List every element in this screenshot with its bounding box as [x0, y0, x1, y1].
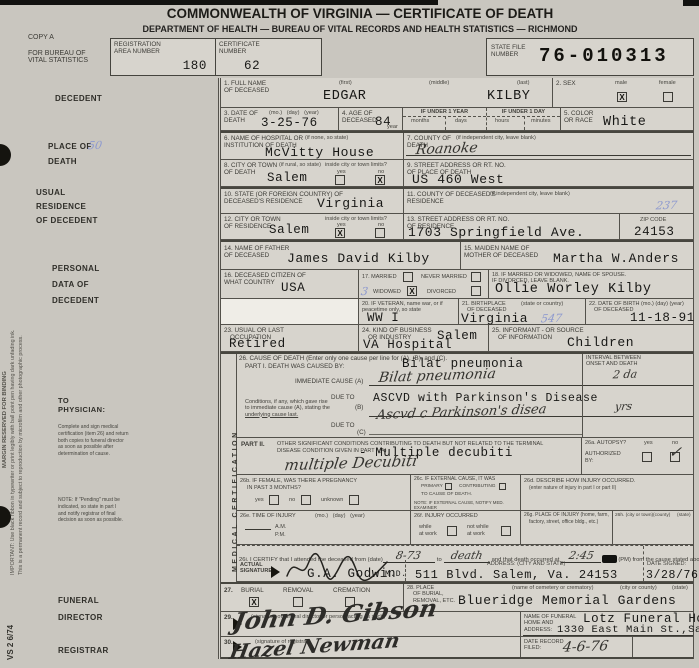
funeral-sig-num: 29.: [224, 614, 233, 621]
section-usual-residence: USUAL RESIDENCE OF DECEDENT: [36, 188, 98, 225]
copy-label: COPY A: [28, 34, 54, 41]
margin-note-2: This is a permanent record and subject t…: [18, 335, 24, 575]
not-while-label: not while: [467, 524, 489, 530]
pending-note: NOTE: If "Pending" must be indicated, so…: [58, 497, 124, 524]
field-date-filed: DATE RECORD FILED: 4-6-76: [521, 637, 633, 657]
widowed-label: WIDOWED: [373, 289, 401, 295]
birthplace-note: 547: [540, 312, 563, 326]
under-day-hours: hours: [495, 118, 509, 124]
county-res-note: 237: [655, 199, 678, 213]
full-name-label: 1. FULL NAME: [224, 80, 269, 87]
physician-note: Complete and sign medical certification …: [58, 424, 130, 458]
section-place-of-death: PLACE OF DEATH: [48, 142, 92, 166]
field-county-of-death: 7. COUNTY OF DEATH (if independent city,…: [404, 133, 693, 159]
field-external-cause: 26c. IF EXTERNAL CAUSE, IT WAS PRIMARY C…: [411, 475, 521, 510]
field-place-of-injury: 26g. PLACE OF INJURY (home, farm, factor…: [521, 511, 613, 544]
not-while-label2: at work: [467, 531, 485, 537]
county-res-hint: (if independent city, leave blank): [490, 191, 570, 197]
medical-certification-strip: MEDICAL CERTIFICATION: [221, 354, 237, 582]
field-place-of-burial: 28. PLACE OF BURIAL, REMOVAL, ETC. (name…: [404, 584, 693, 611]
birthplace-value: Virginia: [461, 311, 528, 326]
field-father: 14. NAME OF FATHER OF DECEASED James Dav…: [221, 242, 461, 269]
injury-city-label: 26h. (city or town): [615, 513, 653, 519]
part2-handwritten: multiple Decubiti: [283, 452, 418, 475]
sex-female-label: female: [659, 80, 676, 86]
external-note: NOTE: IF EXTERNAL CAUSE, NOTIFY MED. EXA…: [414, 500, 520, 510]
field-business: 24. KIND OF BUSINESS OR INDUSTRY VA Hosp…: [359, 325, 489, 351]
document-subtitle: DEPARTMENT OF HEALTH — BUREAU OF VITAL R…: [110, 24, 610, 34]
conditions-line3: underlying cause last.: [245, 412, 330, 418]
city-res-value: Salem: [269, 223, 310, 237]
time-injury-am: A.M.: [275, 524, 286, 530]
field-color-race: 5. COLOR OR RACE White: [561, 108, 693, 130]
pregnancy-unknown-label: unknown: [321, 497, 343, 503]
sex-male-mark: X: [618, 93, 626, 102]
spouse-value: Ollie Worley Kilby: [495, 282, 652, 297]
veteran-value: WW I: [367, 311, 399, 325]
under-year-months: months: [411, 118, 429, 124]
cause-a-label: (A): [355, 378, 363, 385]
interval-column: INTERVAL BETWEEN ONSET AND DEATH 2 da yr…: [582, 354, 693, 437]
full-name-label2: OF DECEASED: [224, 87, 269, 94]
interval-b-value: yrs: [614, 400, 633, 414]
field-county-residence: 11. COUNTY OF DECEASED'S RESIDENCE (if i…: [404, 189, 693, 213]
state-res-value: Virginia: [317, 196, 384, 211]
field-blank-whiteout: [221, 299, 359, 324]
divorced-checkbox: [471, 286, 481, 296]
zip-label: ZIP CODE: [640, 217, 666, 223]
sex-male-label: male: [615, 80, 627, 86]
certify-time: 2:45: [568, 549, 595, 562]
street-res-value: 1703 Springfield Ave.: [408, 225, 584, 240]
birthplace-hint: (state or country): [521, 301, 563, 307]
section-decedent: DECEDENT: [55, 94, 102, 103]
date-death-label2: DEATH: [224, 117, 258, 124]
external-contributing-checkbox: [499, 483, 506, 490]
first-name-value: EDGAR: [323, 89, 367, 104]
street-death-value: US 460 West: [412, 172, 504, 187]
field-if-under-1-day: IF UNDER 1 DAY hours minutes: [487, 108, 561, 130]
field-funeral-home: NAME OF FUNERAL HOME AND ADDRESS: Lotz F…: [521, 612, 693, 636]
injury-state-label: (state): [677, 513, 691, 518]
not-while-at-work-checkbox: [501, 526, 511, 536]
pregnancy-label2: IN PAST 3 MONTHS?: [247, 485, 301, 491]
field-mother: 15. MAIDEN NAME OF MOTHER OF DECEASED Ma…: [461, 242, 693, 269]
section-funeral-director: FUNERAL DIRECTOR: [58, 596, 103, 622]
burial-label: BURIAL: [241, 587, 264, 594]
last-hint: (last): [517, 80, 529, 86]
how-injury-label: 26d. DESCRIBE HOW INJURY OCCURRED.: [524, 478, 635, 484]
mother-label2: MOTHER OF DECEASED: [464, 252, 538, 259]
city-death-value: Salem: [267, 171, 308, 185]
immediate-cause-label: IMMEDIATE CAUSE: [295, 378, 353, 385]
sex-label: 2. SEX: [556, 80, 576, 87]
pregnancy-no-checkbox: [301, 495, 311, 505]
pregnancy-yes-label: yes: [255, 497, 264, 503]
binding-hole-top: [0, 144, 11, 166]
disposition-num: 27.: [224, 587, 233, 594]
removal-label: REMOVAL: [283, 587, 313, 594]
pregnancy-unknown-checkbox: [349, 495, 359, 505]
copy-for-line1: FOR BUREAU OF: [28, 50, 88, 57]
mother-label: 15. MAIDEN NAME OF: [464, 245, 538, 252]
interval-a-value: 2 da: [612, 368, 638, 382]
field-city-of-death: 8. CITY OR TOWN OF DEATH (if rural, so s…: [221, 160, 404, 186]
residence-line3: OF DECEDENT: [36, 216, 98, 225]
sex-male-checkbox: X: [617, 92, 627, 102]
registration-box: REGISTRATION AREA NUMBER 180 CERTIFICATE…: [110, 38, 322, 76]
physician-address: 511 Blvd. Salem, Va. 24153: [415, 568, 618, 582]
to-physician-line1: TO: [58, 396, 105, 405]
dob-value: 11-18-91: [630, 311, 695, 325]
to-physician-line2: PHYSICIAN:: [58, 405, 105, 414]
field-injury-location: 26h. (city or town) (county) (state): [613, 511, 693, 544]
time-injury-label: 26e. TIME OF INJURY: [240, 513, 296, 519]
city-death-no-checkbox: X: [375, 175, 385, 185]
conditions-line2: to immediate cause (A), stating the: [245, 405, 330, 411]
field-registrar-signature: 30. (signature of registrar) Hazel Newma…: [221, 637, 521, 657]
place-injury-label2: factory, street, office bldg., etc.): [529, 520, 598, 526]
field-date-of-death: 3. DATE OF DEATH (mo.) (day) (year) 3-25…: [221, 108, 339, 130]
external-primary-label: PRIMARY: [421, 484, 443, 490]
field-citizen: 16. DECEASED CITIZEN OF WHAT COUNTRY USA: [221, 270, 359, 298]
city-res-yes-mark: X: [336, 229, 344, 238]
field-empty-box: [633, 637, 693, 657]
field-cause-of-death: 26. CAUSE OF DEATH (Enter only one cause…: [237, 354, 693, 438]
address-label: ADDRESS: (CITY AND STATE): [487, 561, 565, 567]
section-personal-data: PERSONAL DATA OF DECEDENT: [52, 264, 100, 305]
while-at-work-checkbox: [447, 526, 457, 536]
father-label: 14. NAME OF FATHER: [224, 245, 289, 252]
street-death-label: 9. STREET ADDRESS OR RT. NO.: [407, 162, 506, 169]
state-file-label-line1: STATE FILE: [491, 44, 525, 51]
due-to-b-label: DUE TO: [331, 394, 355, 401]
signature-label: SIGNATURE: [240, 568, 272, 574]
occupation-value: Retired: [229, 337, 286, 351]
field-pregnancy: 26b. IF FEMALE, WAS THERE A PREGNANCY IN…: [237, 475, 411, 510]
pregnancy-label: 26b. IF FEMALE, WAS THERE A PREGNANCY: [240, 478, 357, 484]
field-veteran: 20. IF VETERAN, name war, or if peacetim…: [359, 299, 459, 324]
occupation-label: 23. USUAL OR LAST: [224, 327, 284, 334]
field-occupation: 23. USUAL OR LAST OCCUPATION Retired: [221, 325, 359, 351]
place-line1: PLACE OF: [48, 142, 92, 151]
part2-label: PART II.: [241, 441, 265, 448]
field-if-under-1-year: IF UNDER 1 YEAR months days: [403, 108, 487, 130]
document-title: COMMONWEALTH OF VIRGINIA — CERTIFICATE O…: [110, 6, 610, 21]
married-label: 17. MARRIED: [362, 274, 397, 280]
age-unit: year: [387, 124, 398, 130]
autopsy-label: 26a. AUTOPSY?: [585, 440, 626, 446]
citizen-label: 16. DECEASED CITIZEN OF: [224, 272, 306, 279]
how-injury-hint: (enter nature of injury in part I or par…: [529, 485, 616, 491]
age-label2: DECEASED: [342, 117, 377, 124]
never-married-checkbox: [471, 272, 481, 282]
city-death-label: 8. CITY OR TOWN: [224, 162, 277, 169]
injury-county-label: (county): [653, 513, 670, 518]
personal-line1: PERSONAL: [52, 264, 100, 273]
field-spouse: 18. IF MARRIED OR WIDOWED, NAME OF SPOUS…: [489, 270, 693, 298]
field-birthplace: 21. BIRTHPLACE (state or country) OF DEC…: [459, 299, 586, 324]
burial-place-value: Blueridge Memorial Gardens: [458, 593, 676, 608]
city-death-no-mark: X: [376, 176, 384, 185]
field-date-of-birth: 22. DATE OF BIRTH (mo.) (day) (year) OF …: [586, 299, 693, 324]
informant-label: 25. INFORMANT - OR SOURCE: [492, 327, 584, 334]
city-res-no-checkbox: [375, 228, 385, 238]
certify-from-date: 8-73: [395, 549, 422, 562]
signature-arrow: [271, 566, 280, 578]
cause-b-handwritten: Ascvd c Parkinson's disea: [375, 402, 547, 423]
state-file-box: STATE FILE NUMBER 76-010313: [486, 38, 694, 76]
margin-note-1: IMPORTANT: Use black ribbon in typewrite…: [10, 330, 16, 576]
date-filed-label2: FILED:: [524, 645, 564, 651]
external-contributing-label: CONTRIBUTING: [459, 484, 496, 490]
state-file-value: 76-010313: [539, 45, 669, 67]
date-death-label: 3. DATE OF: [224, 110, 258, 117]
interval-header2: ONSET AND DEATH: [586, 361, 641, 367]
field-marital-status: 17. MARRIED NEVER MARRIED 3 WIDOWED X DI…: [359, 270, 489, 298]
county-res-label2: RESIDENCE: [407, 198, 496, 205]
color-race-value: White: [603, 115, 647, 130]
field-age: 4. AGE OF DECEASED 84 year: [339, 108, 403, 130]
middle-hint: (middle): [429, 80, 449, 86]
cause-b-label: (B): [355, 404, 363, 411]
field-autopsy: 26a. AUTOPSY? yes no AUTHORIZED BY: ✓: [582, 438, 693, 474]
father-label2: OF DECEASED: [224, 252, 289, 259]
city-death-yes-checkbox: [335, 175, 345, 185]
field-certification: 26i. I CERTIFY that I attended the decea…: [237, 545, 693, 582]
widowed-checkbox: X: [407, 286, 417, 296]
field-city-residence: 12. CITY OR TOWN OF RESIDENCE Salem insi…: [221, 214, 404, 239]
autopsy-no-checkmark: ✓: [668, 443, 683, 461]
cremation-label: CREMATION: [333, 587, 370, 594]
personal-line2: DATA OF: [52, 280, 100, 289]
external-tocause-label: TO CAUSE OF DEATH.: [421, 492, 472, 498]
pregnancy-no-label: no: [289, 497, 295, 503]
field-hospital: 6. NAME OF HOSPITAL OR INSTITUTION OF DE…: [221, 133, 404, 159]
city-death-hint: (if rural, so state): [279, 162, 321, 168]
field-informant: 25. INFORMANT - OR SOURCE OF INFORMATION…: [489, 325, 693, 351]
field-street-place-of-death: 9. STREET ADDRESS OR RT. NO. OF PLACE OF…: [404, 160, 693, 186]
first-hint: (first): [339, 80, 352, 86]
field-street-residence: 13. STREET ADDRESS OR RT. NO. OF RESIDEN…: [404, 214, 620, 239]
injury-occurred-label: 26f. INJURY OCCURRED: [414, 513, 478, 519]
last-name-value: KILBY: [487, 89, 531, 104]
field-part2: PART II. OTHER SIGNIFICANT CONDITIONS CO…: [237, 438, 582, 474]
certify-to-word: to: [437, 557, 442, 563]
business-value2: Salem: [437, 329, 478, 343]
cause-c-label: (C): [357, 429, 366, 436]
personal-line3: DECEDENT: [52, 296, 100, 305]
dob-label2: OF DECEASED: [594, 307, 633, 313]
married-checkbox: [403, 272, 413, 282]
medical-certification-block: MEDICAL CERTIFICATION 26. CAUSE OF DEATH…: [221, 354, 693, 582]
zip-value: 24153: [634, 225, 675, 239]
autopsy-yes-label: yes: [644, 440, 653, 446]
field-zip: ZIP CODE 24153: [620, 214, 693, 239]
marital-note: 3: [360, 285, 369, 298]
time-injury-pm: P.M.: [275, 532, 286, 538]
while-label: while: [419, 524, 432, 530]
residence-line2: RESIDENCE: [36, 202, 98, 211]
place-injury-label: 26g. PLACE OF INJURY (home, farm,: [524, 513, 609, 519]
widowed-mark: X: [408, 287, 416, 296]
under-year-days: days: [455, 118, 467, 124]
field-how-injury: 26d. DESCRIBE HOW INJURY OCCURRED. (ente…: [521, 475, 693, 510]
city-county-hint: (city or county): [620, 585, 657, 591]
sex-female-checkbox: [663, 92, 673, 102]
place-line2: DEATH: [48, 157, 92, 166]
cause-part1: PART I. DEATH WAS CAUSED BY:: [245, 363, 344, 370]
physician-name-typed: G.A. Godwin: [307, 567, 396, 581]
field-full-name: 1. FULL NAME OF DECEASED (first) (middle…: [221, 78, 553, 107]
state-file-label-line2: NUMBER: [491, 51, 525, 58]
field-injury-occurred: 26f. INJURY OCCURRED while at work not w…: [411, 511, 521, 544]
hospital-label: 6. NAME OF HOSPITAL OR: [224, 135, 303, 142]
date-filed-value: 4-6-76: [562, 638, 610, 656]
funeral-line2: DIRECTOR: [58, 613, 103, 622]
registration-area-label: REGISTRATION AREA NUMBER: [114, 41, 174, 56]
field-state-residence: 10. STATE (OR FOREIGN COUNTRY) OF DECEAS…: [221, 189, 404, 213]
color-label2: OR RACE: [564, 117, 593, 124]
state-file-label: STATE FILE NUMBER: [491, 44, 525, 59]
informant-value: Children: [567, 335, 634, 350]
certificate-form: 1. FULL NAME OF DECEASED (first) (middle…: [218, 78, 694, 659]
date-signed-label: DATE SIGNED:: [647, 561, 686, 567]
time-injury-hints: (mo.) (day) (year): [315, 513, 365, 519]
county-res-label: 11. COUNTY OF DECEASED'S: [407, 191, 496, 198]
field-time-of-injury: 26e. TIME OF INJURY (mo.) (day) (year) A…: [237, 511, 411, 544]
death-certificate-document: MARGIN RESERVED FOR BINDING IMPORTANT: U…: [0, 0, 699, 668]
funeral-line1: FUNERAL: [58, 596, 103, 605]
section-registrar: REGISTRAR: [58, 646, 109, 655]
residence-line1: USUAL: [36, 188, 98, 197]
business-label: 24. KIND OF BUSINESS: [362, 327, 432, 334]
section-to-physician: TO PHYSICIAN:: [58, 396, 105, 414]
date-death-value: 3-25-76: [261, 116, 318, 130]
father-value: James David Kilby: [287, 251, 430, 266]
mother-value: Martha W.Anders: [553, 251, 679, 266]
copy-for-line2: VITAL STATISTICS: [28, 57, 88, 64]
external-label: 26c. IF EXTERNAL CAUSE, IT WAS: [414, 477, 495, 483]
due-to-c-label: DUE TO: [331, 422, 355, 429]
hospital-value: McVitty House: [265, 145, 374, 160]
state-hint: (state): [672, 585, 688, 591]
am-redaction-mark: [602, 555, 617, 563]
certificate-number-label: CERTIFICATE NUMBER: [219, 41, 274, 56]
form-number: VS 2 6/74: [6, 625, 15, 660]
autopsy-authorized-label: AUTHORIZED: [585, 451, 621, 457]
while-label2: at work: [419, 531, 437, 537]
divorced-label: DIVORCED: [427, 289, 456, 295]
never-married-label: NEVER MARRIED: [421, 274, 467, 280]
field-sex: 2. SEX male female X: [553, 78, 693, 107]
color-label: 5. COLOR: [564, 110, 593, 117]
margin-binding-note: MARGIN RESERVED FOR BINDING: [2, 371, 8, 468]
external-primary-checkbox: [445, 483, 452, 490]
handwritten-place-note: 50: [87, 139, 103, 152]
certificate-number-value: 62: [244, 59, 260, 73]
scan-artifact-top-right: [683, 0, 699, 6]
cemetery-hint: (name of cemetery or crematory): [512, 585, 593, 591]
city-res-yes-checkbox: X: [335, 228, 345, 238]
registration-area-value: 180: [183, 59, 207, 73]
pregnancy-yes-checkbox: [269, 495, 279, 505]
cause-b-typed: ASCVD with Parkinson's Disease: [373, 392, 598, 405]
cause-a-handwritten: Bilat pneumonia: [378, 366, 497, 386]
physician-md: M.D.: [385, 570, 407, 579]
date-signed-value: 3/28/76: [646, 569, 699, 582]
citizen-value: USA: [281, 281, 305, 295]
street-res-label: 13. STREET ADDRESS OR RT. NO.: [407, 216, 509, 223]
copy-for-label: FOR BUREAU OF VITAL STATISTICS: [28, 50, 88, 64]
age-label: 4. AGE OF: [342, 110, 377, 117]
autopsy-yes-checkbox: [642, 452, 652, 462]
under-day-minutes: minutes: [531, 118, 551, 124]
autopsy-by-label: BY:: [585, 458, 594, 464]
hospital-hint: (if none, so state): [305, 135, 348, 141]
certify-to-value: death: [449, 549, 483, 562]
city-death-limits-label: inside city or town limits?: [325, 162, 401, 168]
scan-artifact-top: [0, 0, 438, 5]
